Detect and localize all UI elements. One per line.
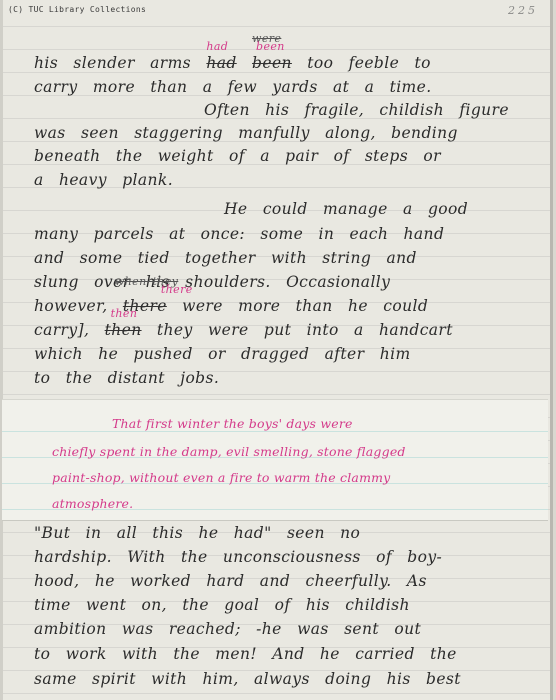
manuscript-line: was seen staggering manfully along, bend… [34, 124, 546, 147]
inserted-word: then [111, 307, 138, 320]
copyright-watermark: (C) TUC Library Collections [8, 5, 146, 14]
manuscript-line: "But in all this he had" seen no [34, 524, 546, 547]
inserted-word: been [256, 40, 285, 53]
manuscript-line: carry more than a few yards at a time. [34, 78, 546, 101]
manuscript-line: hardship. With the unconsciousness of bo… [34, 548, 546, 571]
manuscript-line: his slender arms had had been were been … [34, 54, 546, 77]
manuscript-line: Often his fragile, childish figure [34, 101, 544, 124]
manuscript-line: and some tied together with string and [34, 249, 546, 272]
manuscript-line: ambition was reached; -he was sent out [34, 620, 546, 643]
correction: had had [206, 54, 252, 72]
manuscript-line: hood, he worked hard and cheerfully. As [34, 572, 546, 595]
page-number: 225 [508, 4, 538, 17]
manuscript-line: time went on, the goal of his childish [34, 596, 546, 619]
pasted-correction-slip: That first winter the boys' days were ch… [2, 399, 548, 521]
manuscript-line: same spirit with him, always doing his b… [34, 670, 546, 693]
manuscript-line: He could manage a good [34, 200, 544, 223]
manuscript-line: to the distant jobs. [34, 369, 546, 392]
struck-word: then [105, 321, 142, 339]
manuscript-line: a heavy plank. [34, 171, 546, 194]
slip-line: atmosphere. [52, 496, 133, 511]
manuscript-line: carry], then then they were put into a h… [34, 321, 546, 344]
slip-line: chiefly spent in the damp, evil smelling… [52, 444, 406, 459]
slip-line: That first winter the boys' days were [112, 416, 353, 431]
manuscript-page: (C) TUC Library Collections 225 his slen… [0, 0, 553, 700]
struck-word: been [252, 54, 292, 72]
manuscript-line: many parcels at once: some in each hand [34, 225, 546, 248]
text-run: carry], [34, 321, 89, 339]
manuscript-line: to work with the men! And he carried the [34, 645, 546, 668]
text-run: too feeble to [307, 54, 431, 72]
text-run: his slender arms [34, 54, 191, 72]
text-run: they were put into a handcart [157, 321, 453, 339]
manuscript-line: beneath the weight of a pair of steps or [34, 147, 546, 170]
manuscript-line: slung over his shoulders. Occasionally [34, 273, 546, 296]
manuscript-line: which he pushed or dragged after him [34, 345, 546, 368]
correction: then then [105, 321, 157, 339]
text-run: were more than he could [182, 297, 428, 315]
slip-line: paint-shop, without even a fire to warm … [52, 470, 390, 485]
inserted-word: there [161, 283, 193, 296]
inserted-word: had [206, 40, 228, 53]
struck-word: had [206, 54, 236, 72]
text-run: however, [34, 297, 108, 315]
correction: been were been [252, 54, 307, 72]
